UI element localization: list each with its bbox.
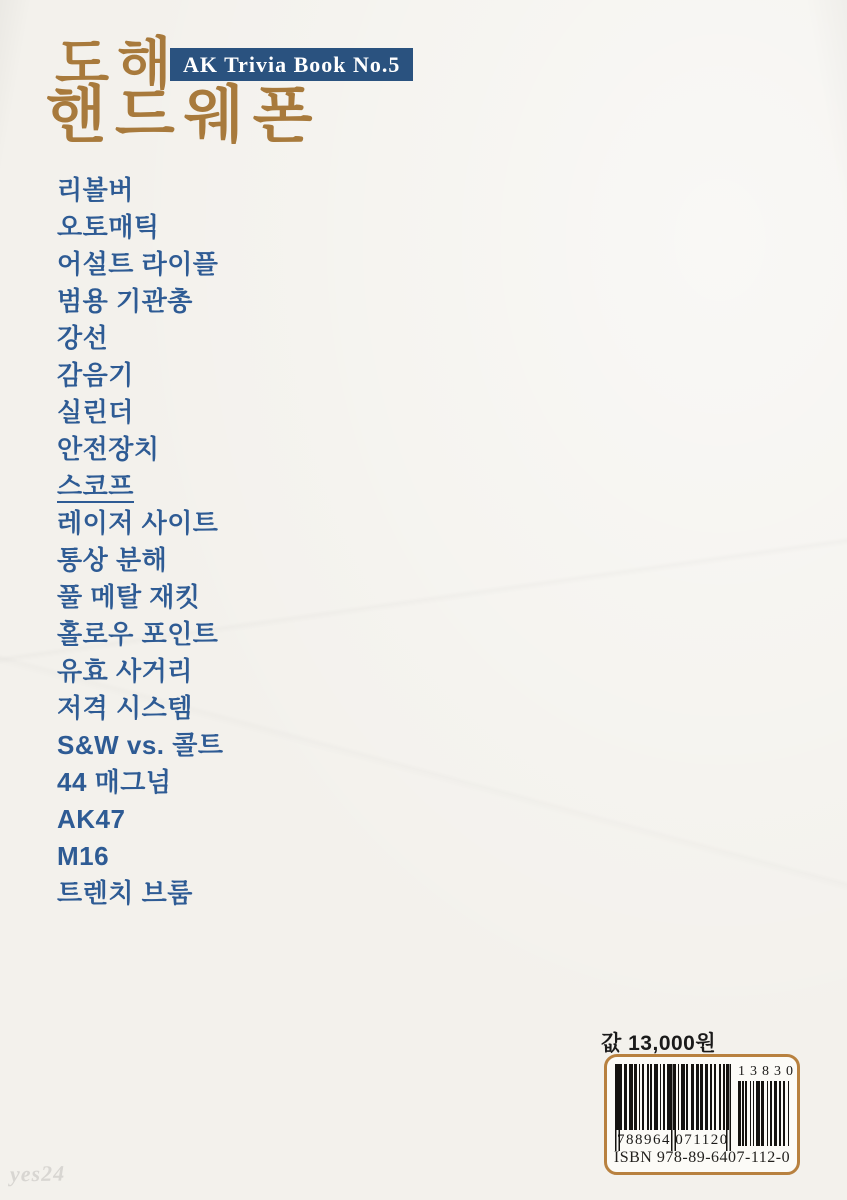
topic-item: 저격 시스템 xyxy=(57,690,223,727)
topic-label: 리볼버 xyxy=(57,175,134,205)
topic-list: 리볼버 오토매틱 어설트 라이플 범용 기관총 강선 감음기 실린더 안전장치 … xyxy=(57,172,223,912)
topic-item: 안전장치 xyxy=(57,431,223,468)
topic-item: M16 xyxy=(57,838,223,875)
topic-item: 레이저 사이트 xyxy=(57,505,223,542)
topic-item: 스코프 xyxy=(57,468,223,505)
topic-item: 트렌치 브룸 xyxy=(57,875,223,912)
addon-code: 13830 xyxy=(738,1064,793,1080)
topic-item: 44 매그넘 xyxy=(57,764,223,801)
series-badge: AK Trivia Book No.5 xyxy=(170,48,413,81)
topic-item: 감음기 xyxy=(57,357,223,394)
yes24-watermark: yes24 xyxy=(10,1161,66,1188)
topic-label: AK47 xyxy=(57,804,125,834)
book-title: 핸드웨폰 xyxy=(46,84,322,149)
topic-label: 44 매그넘 xyxy=(57,767,172,797)
topic-label: 레이저 사이트 xyxy=(57,508,218,538)
topic-item: AK47 xyxy=(57,801,223,838)
topic-item: 범용 기관총 xyxy=(57,283,223,320)
addon-barcode: 13830 xyxy=(738,1064,793,1149)
topic-label: 오토매틱 xyxy=(57,212,159,242)
topic-label: 강선 xyxy=(57,323,108,353)
topic-item: 풀 메탈 재킷 xyxy=(57,579,223,616)
topic-label: 풀 메탈 재킷 xyxy=(57,582,201,612)
topic-label: 어설트 라이플 xyxy=(57,249,218,279)
guard-bar xyxy=(615,1064,620,1151)
topic-item: 홀로우 포인트 xyxy=(57,616,223,653)
topic-item: 통상 분해 xyxy=(57,542,223,579)
topic-label: 통상 분해 xyxy=(57,545,167,575)
topic-label: 유효 사거리 xyxy=(57,656,193,686)
topic-label: M16 xyxy=(57,841,109,871)
topic-item: 강선 xyxy=(57,320,223,357)
ean-barcode: 788964 071120 xyxy=(615,1064,731,1154)
topic-item: S&W vs. 콜트 xyxy=(57,727,223,764)
topic-label: 감음기 xyxy=(57,360,134,390)
barcode-panel: 788964 071120 13830 ISBN 978-89-6407-112… xyxy=(604,1054,800,1175)
topic-label: 저격 시스템 xyxy=(57,693,193,723)
guard-bar xyxy=(726,1064,731,1151)
topic-label: 실린더 xyxy=(57,397,134,427)
addon-barcode-bars xyxy=(738,1081,793,1146)
topic-item: 리볼버 xyxy=(57,172,223,209)
price-label: 값 13,000원 xyxy=(601,1027,716,1057)
topic-item: 유효 사거리 xyxy=(57,653,223,690)
topic-label: 트렌치 브룸 xyxy=(57,878,193,908)
topic-item: 어설트 라이플 xyxy=(57,246,223,283)
topic-label: 홀로우 포인트 xyxy=(57,619,218,649)
ean-digits-right: 071120 xyxy=(673,1130,731,1151)
topic-label: 안전장치 xyxy=(57,434,159,464)
topic-label: S&W vs. 콜트 xyxy=(57,730,223,760)
ean-digits-left: 788964 xyxy=(615,1130,673,1151)
isbn-label: ISBN 978-89-6407-112-0 xyxy=(607,1149,797,1167)
book-back-cover: 도해 AK Trivia Book No.5 핸드웨폰 리볼버 오토매틱 어설트… xyxy=(0,0,847,1200)
topic-item: 실린더 xyxy=(57,394,223,431)
topic-label: 범용 기관총 xyxy=(57,286,193,316)
guard-bar xyxy=(671,1064,676,1151)
topic-label: 스코프 xyxy=(57,471,134,503)
topic-item: 오토매틱 xyxy=(57,209,223,246)
